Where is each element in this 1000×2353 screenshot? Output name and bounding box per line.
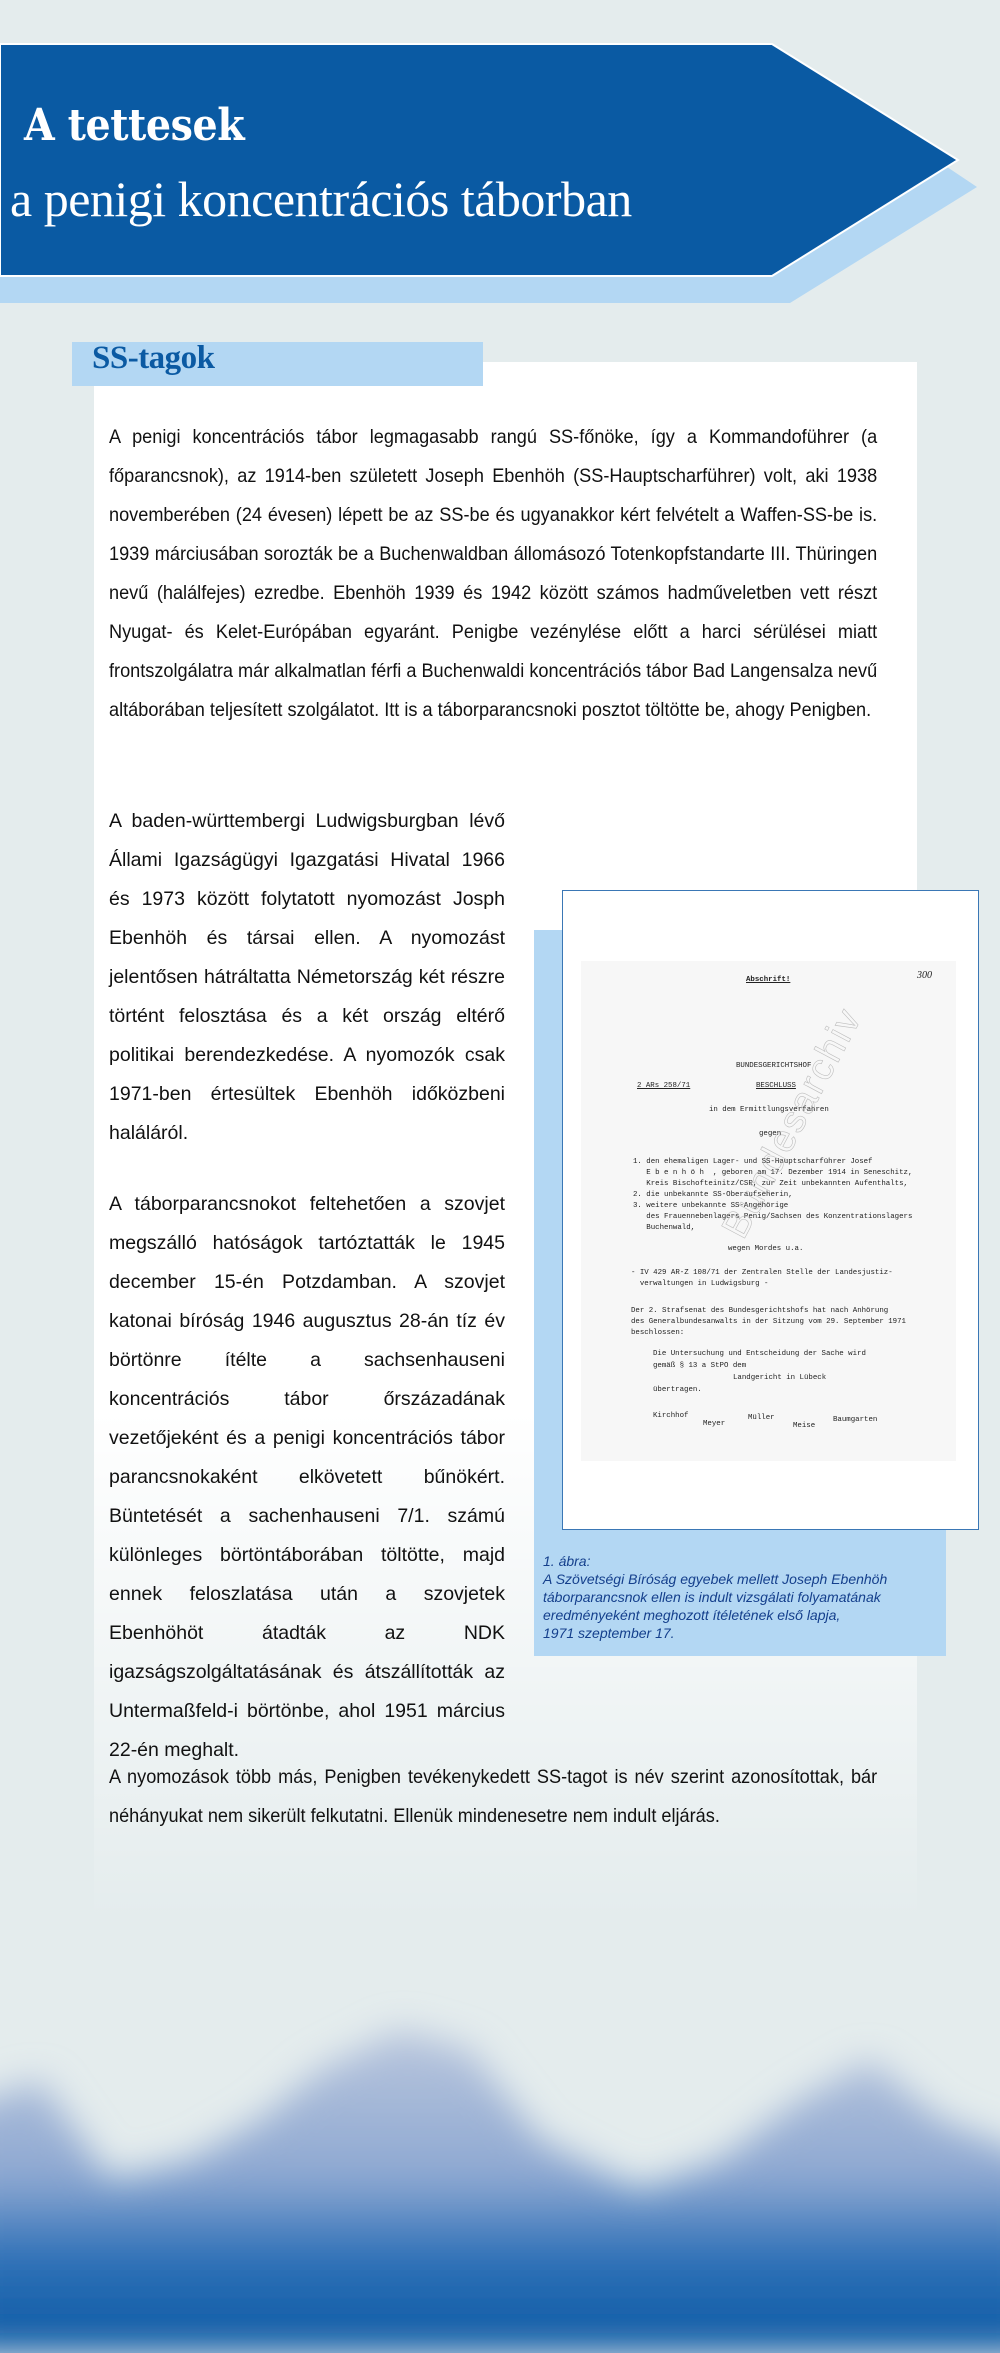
mountain-decoration (0, 1990, 1000, 2353)
scan-heading: Abschrift! (746, 975, 790, 985)
court-document-scan: Abschrift! 300 BUNDESGERICHTSHOF 2 ARs 2… (581, 961, 956, 1461)
scan-judge-name: Meyer (703, 1419, 725, 1429)
scan-line: Buchenwald, (633, 1223, 695, 1233)
paragraph-arrest: A táborparancsnokot feltehetően a szovje… (109, 1185, 505, 1770)
scan-judge-name: Baumgarten (833, 1415, 877, 1425)
paragraph-investigation: A baden-württembergi Ludwigsburgban lévő… (109, 802, 505, 1153)
figure-caption: 1. ábra: A Szövetségi Bíróság egyebek me… (543, 1552, 943, 1642)
scan-judge-name: Kirchhof (653, 1411, 688, 1421)
scan-line: des Frauennebenlagers Penig/Sachsen des … (633, 1212, 912, 1222)
scan-line: - IV 429 AR-Z 108/71 der Zentralen Stell… (631, 1268, 893, 1278)
figure-document-image: Abschrift! 300 BUNDESGERICHTSHOF 2 ARs 2… (562, 890, 979, 1530)
caption-line: A Szövetségi Bíróság egyebek mellett Jos… (543, 1570, 943, 1588)
scan-line: beschlossen: (631, 1328, 684, 1338)
scan-line: Die Untersuchung und Entscheidung der Sa… (653, 1349, 866, 1359)
header-banner: A tettesek a penigi koncentrációs táborb… (0, 0, 1000, 320)
scan-judge-name: Müller (748, 1413, 775, 1423)
caption-line: 1971 szeptember 17. (543, 1624, 943, 1642)
scan-line: Landgericht in Lübeck (733, 1373, 826, 1383)
scan-charge: wegen Mordes u.a. (728, 1244, 803, 1254)
scan-line: Der 2. Strafsenat des Bundesgerichtshofs… (631, 1306, 888, 1316)
scan-line: übertragen. (653, 1385, 702, 1395)
arrow-banner-shape (0, 0, 1000, 320)
archive-watermark: Bundesarchiv (728, 994, 864, 1237)
scan-line: gemäß § 13 a StPO dem (653, 1361, 746, 1371)
scan-page-number: 300 (917, 971, 932, 981)
section-title: SS-tagok (92, 340, 215, 377)
scan-line: verwaltungen in Ludwigsburg - (631, 1279, 769, 1289)
paragraph-others: A nyomozások több más, Penigben tevékeny… (109, 1758, 877, 1836)
scan-file-number: 2 ARs 258/71 (637, 1081, 690, 1091)
scan-line: des Generalbundesanwalts in der Sitzung … (631, 1317, 906, 1327)
scan-judge-name: Meise (793, 1421, 815, 1431)
scan-judges: KirchhofMeyerMüllerMeiseBaumgarten (653, 1411, 913, 1441)
caption-line: táborparancsnok ellen is indult vizsgála… (543, 1588, 943, 1606)
page-title: A tettesek (24, 100, 244, 151)
paragraph-intro: A penigi koncentrációs tábor legmagasabb… (109, 418, 877, 730)
page-subtitle: a penigi koncentrációs táborban (10, 170, 632, 228)
caption-line: eredményeként meghozott ítéletének első … (543, 1606, 943, 1624)
caption-label: 1. ábra: (543, 1552, 943, 1570)
